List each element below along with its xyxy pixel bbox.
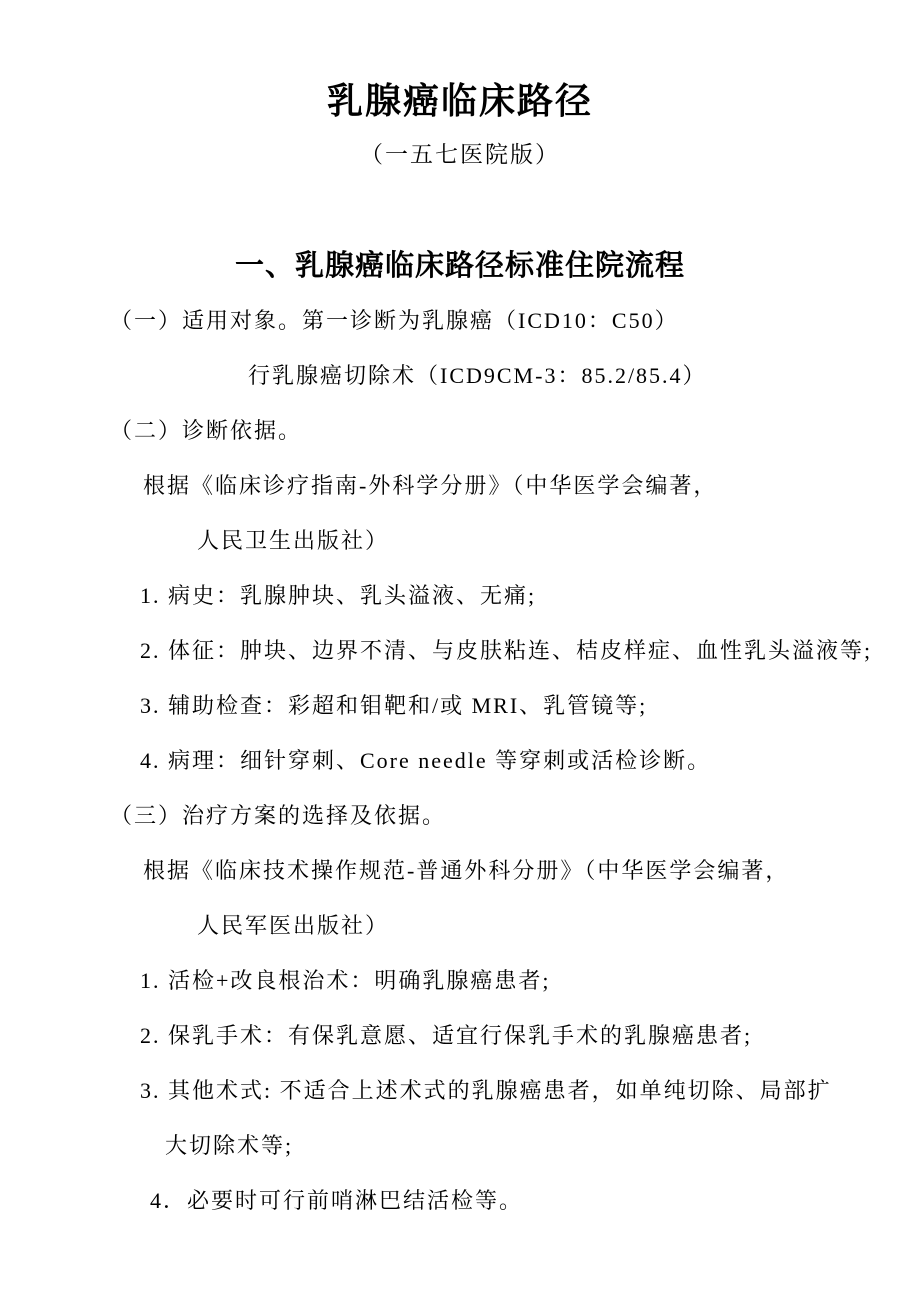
list-item-other-procedures: 3. 其他术式: 不适合上述术式的乳腺癌患者，如单纯切除、局部扩 <box>140 1063 920 1118</box>
list-item-history: 1. 病史：乳腺肿块、乳头溢液、无痛; <box>140 568 920 623</box>
paragraph-line-diagnosis-basis: （二）诊断依据。 <box>110 403 920 458</box>
paragraph-line-publisher-2: 人民军医出版社） <box>197 898 920 953</box>
page-subtitle: （一五七医院版） <box>0 140 920 170</box>
list-item-pathology: 4. 病理：细针穿刺、Core needle 等穿刺或活检诊断。 <box>140 733 920 788</box>
paragraph-line-treatment-plan: （三）治疗方案的选择及依据。 <box>110 788 920 843</box>
paragraph-line-publisher-1: 人民卫生出版社） <box>197 513 920 568</box>
list-item-breast-conserving: 2. 保乳手术：有保乳意愿、适宜行保乳手术的乳腺癌患者; <box>140 1008 920 1063</box>
paragraph-line-applicable-target: （一）适用对象。第一诊断为乳腺癌（ICD10：C50） <box>110 293 920 348</box>
page-title: 乳腺癌临床路径 <box>0 80 920 123</box>
list-item-biopsy-radical: 1. 活检+改良根治术：明确乳腺癌患者; <box>140 953 920 1008</box>
paragraph-line-surgery-code: 行乳腺癌切除术（ICD9CM-3：85.2/85.4） <box>248 348 920 403</box>
document-body: （一）适用对象。第一诊断为乳腺癌（ICD10：C50） 行乳腺癌切除术（ICD9… <box>0 293 920 1228</box>
section-heading: 一、乳腺癌临床路径标准住院流程 <box>0 248 920 286</box>
list-item-signs: 2. 体征：肿块、边界不清、与皮肤粘连、桔皮样症、血性乳头溢液等; <box>140 623 920 678</box>
paragraph-line-reference-2: 根据《临床技术操作规范-普通外科分册》（中华医学会编著， <box>143 843 920 898</box>
list-item-sentinel-node: 4．必要时可行前哨淋巴结活检等。 <box>150 1173 920 1228</box>
list-item-auxiliary-exam: 3. 辅助检查：彩超和钼靶和/或 MRI、乳管镜等; <box>140 678 920 733</box>
document-page: 乳腺癌临床路径 （一五七医院版） 一、乳腺癌临床路径标准住院流程 （一）适用对象… <box>0 0 920 1300</box>
paragraph-line-reference-1: 根据《临床诊疗指南-外科学分册》（中华医学会编著， <box>143 458 920 513</box>
list-item-other-procedures-wrap: 大切除术等; <box>165 1118 920 1173</box>
